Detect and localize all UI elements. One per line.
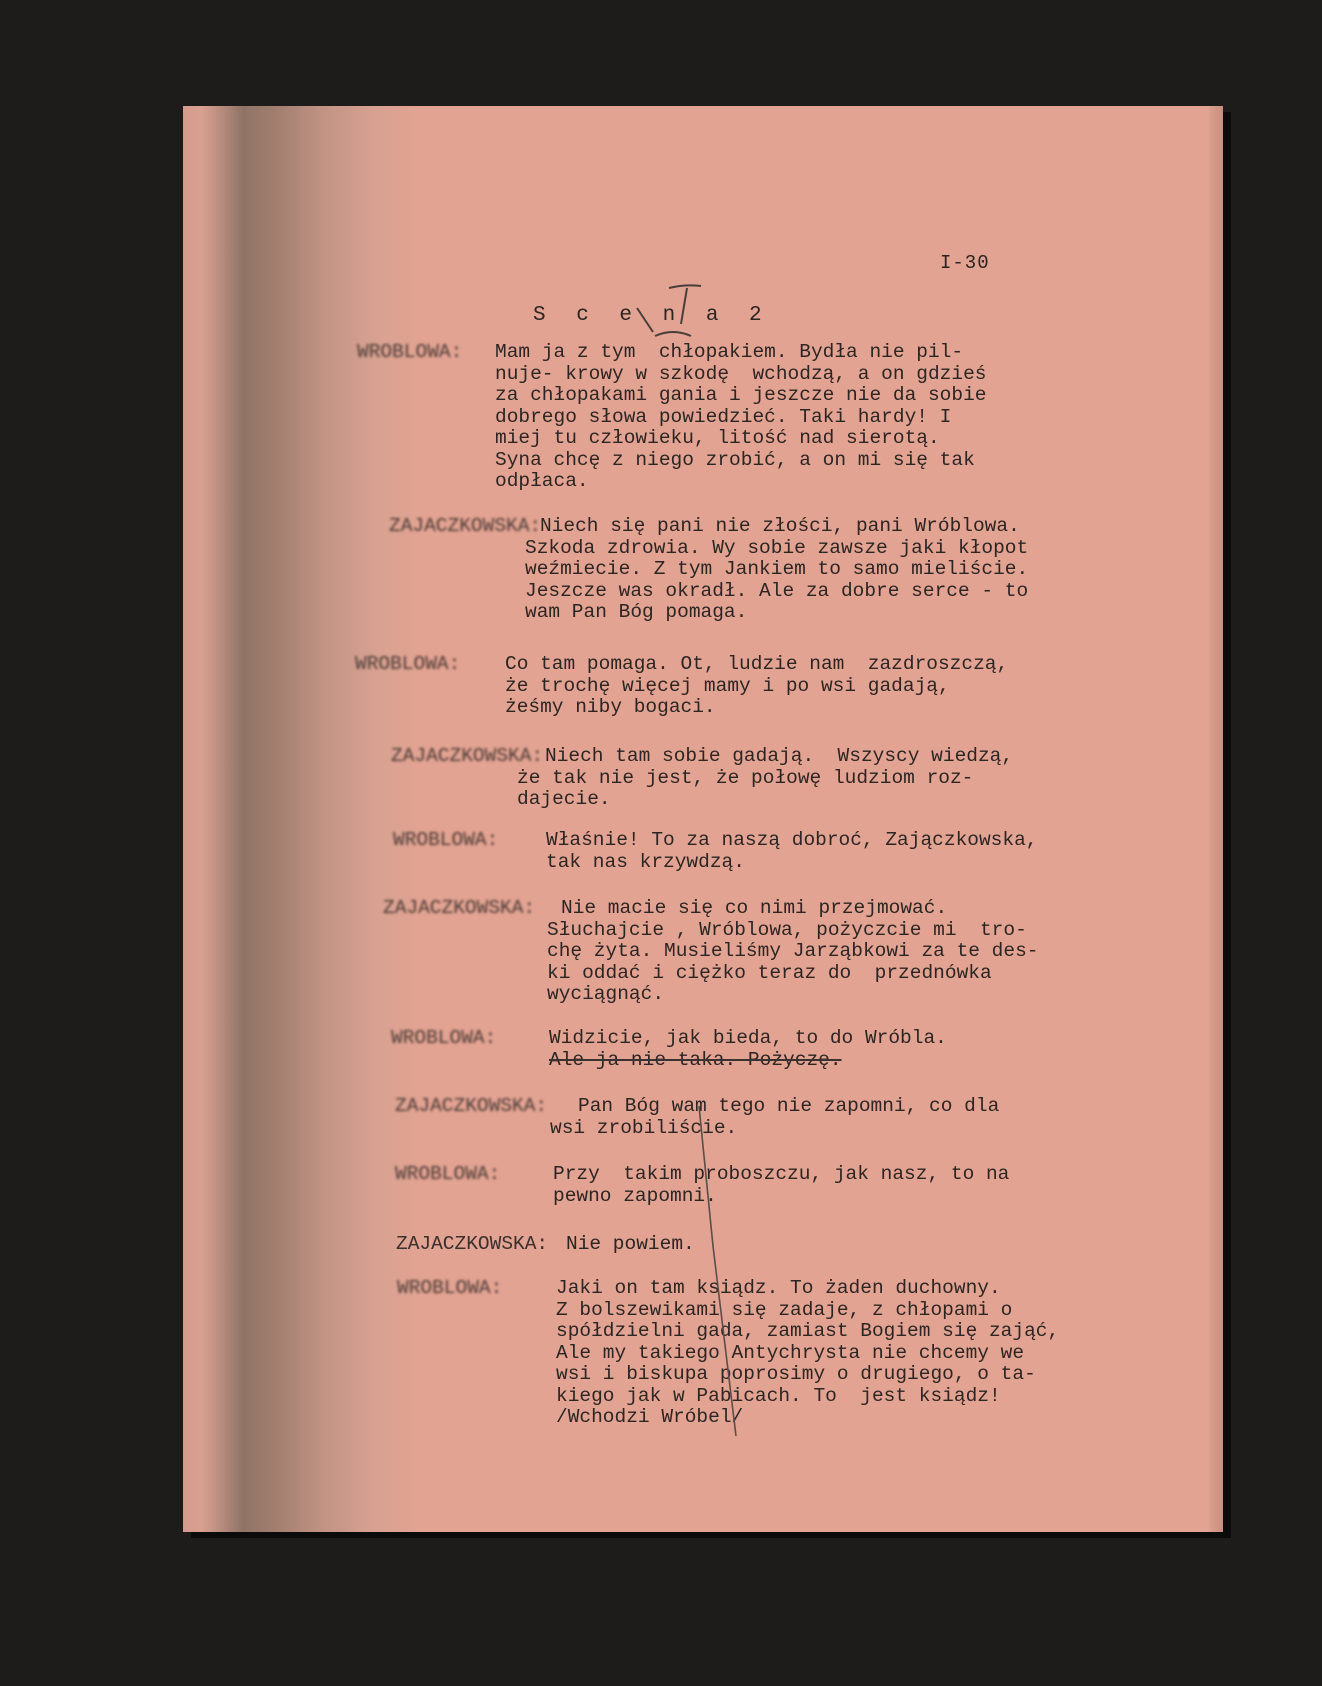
dialogue-line: wsi zrobiliście. — [550, 1118, 999, 1140]
dialogue-line: Nie macie się co nimi przejmować. — [561, 898, 1038, 920]
dialogue-line: wsi i biskupa poprosimy o drugiego, o ta… — [556, 1364, 1059, 1386]
dialogue-lines: Właśnie! To za naszą dobroć, Zajączkowsk… — [546, 830, 1037, 873]
page-number: I-30 — [940, 252, 990, 274]
dialogue-lines: Pan Bóg wam tego nie zapomni, co dla wsi… — [578, 1096, 999, 1139]
speaker-name: ZAJACZKOWSKA: — [396, 1234, 548, 1256]
dialogue-line: Niech się pani nie złości, pani Wróblowa… — [540, 516, 1028, 538]
speaker-name: WROBLOWA: — [391, 1028, 496, 1050]
dialogue-line: ki oddać i ciężko teraz do przednówka — [547, 963, 1038, 985]
dialogue-line: że trochę więcej mamy i po wsi gadają, — [505, 676, 1008, 698]
dialogue-line: chę żyta. Musieliśmy Jarząbkowi za te de… — [547, 941, 1038, 963]
dialogue-line: Właśnie! To za naszą dobroć, Zajączkowsk… — [546, 830, 1037, 852]
dialogue-line: odpłaca. — [495, 471, 986, 493]
dialogue-line: Jeszcze was okradł. Ale za dobre serce -… — [525, 581, 1028, 603]
dialogue-line: Widzicie, jak bieda, to do Wróbla. — [549, 1028, 947, 1050]
dialogue-line: nuje- krowy w szkodę wchodzą, a on gdzie… — [495, 364, 986, 386]
stage-direction: /Wchodzi Wróbel/ — [556, 1407, 1059, 1429]
dialogue-line: kiego jak w Pabicach. To jest ksiądz! — [556, 1386, 1059, 1408]
dialogue-line: Z bolszewikami się zadaje, z chłopami o — [556, 1300, 1059, 1322]
dialogue-line: Ale my takiego Antychrysta nie chcemy we — [556, 1343, 1059, 1365]
dialogue-line: Jaki on tam ksiądz. To żaden duchowny. — [556, 1278, 1059, 1300]
dialogue-line: że tak nie jest, że połowę ludziom roz- — [517, 768, 1013, 790]
dialogue-line: Mam ja z tym chłopakiem. Bydła nie pil- — [495, 342, 986, 364]
dialogue-line: żeśmy niby bogaci. — [505, 697, 1008, 719]
dialogue-lines: Jaki on tam ksiądz. To żaden duchowny. Z… — [556, 1278, 1059, 1429]
dialogue-line: spółdzielni gada, zamiast Bogiem się zaj… — [556, 1321, 1059, 1343]
speaker-name: WROBLOWA: — [355, 654, 460, 676]
dialogue-lines: Nie powiem. — [566, 1234, 695, 1256]
dialogue-line: Słuchajcie , Wróblowa, pożyczcie mi tro- — [547, 920, 1038, 942]
dialogue-line: Niech tam sobie gadają. Wszyscy wiedzą, — [545, 746, 1013, 768]
binding-gutter-shadow — [183, 106, 423, 1532]
dialogue-line: dobrego słowa powiedzieć. Taki hardy! I — [495, 407, 986, 429]
speaker-name: WROBLOWA: — [395, 1164, 500, 1186]
dialogue-line: tak nas krzywdzą. — [546, 852, 1037, 874]
dialogue-line: Nie powiem. — [566, 1234, 695, 1256]
script-page: I-30 S c e n a 2 WROBLOWA: Mam ja z tym … — [183, 106, 1223, 1532]
dialogue-line: wam Pan Bóg pomaga. — [525, 602, 1028, 624]
dialogue-line: Co tam pomaga. Ot, ludzie nam zazdroszcz… — [505, 654, 1008, 676]
dialogue-line: za chłopakami gania i jeszcze nie da sob… — [495, 385, 986, 407]
dialogue-line: Pan Bóg wam tego nie zapomni, co dla — [578, 1096, 999, 1118]
dialogue-line: miej tu człowieku, litość nad sierotą. — [495, 428, 986, 450]
dialogue-line: pewno zapomni. — [553, 1186, 1009, 1208]
dialogue-line: wyciągnąć. — [547, 984, 1038, 1006]
dialogue-lines: Niech tam sobie gadają. Wszyscy wiedzą, … — [545, 746, 1013, 811]
dialogue-line: dajecie. — [517, 789, 1013, 811]
dialogue-lines: Niech się pani nie złości, pani Wróblowa… — [540, 516, 1028, 624]
dialogue-line: Przy takim proboszczu, jak nasz, to na — [553, 1164, 1009, 1186]
page-edge — [1209, 106, 1223, 1532]
dialogue-lines: Przy takim proboszczu, jak nasz, to na p… — [553, 1164, 1009, 1207]
struck-dialogue-line: Ale ja nie taka. Pożyczę. — [549, 1050, 947, 1072]
dialogue-lines: Nie macie się co nimi przejmować. Słucha… — [561, 898, 1038, 1006]
speaker-name: ZAJACZKOWSKA: — [391, 746, 543, 768]
speaker-name: WROBLOWA: — [357, 342, 462, 364]
dialogue-line: weźmiecie. Z tym Jankiem to samo mieliśc… — [525, 559, 1028, 581]
dialogue-lines: Widzicie, jak bieda, to do Wróbla. Ale j… — [549, 1028, 947, 1071]
dialogue-line: Syna chcę z niego zrobić, a on mi się ta… — [495, 450, 986, 472]
dialogue-lines: Co tam pomaga. Ot, ludzie nam zazdroszcz… — [505, 654, 1008, 719]
speaker-name: WROBLOWA: — [393, 830, 498, 852]
dialogue-lines: Mam ja z tym chłopakiem. Bydła nie pil- … — [495, 342, 986, 493]
dialogue-line: Szkoda zdrowia. Wy sobie zawsze jaki kło… — [525, 538, 1028, 560]
speaker-name: ZAJACZKOWSKA: — [383, 898, 535, 920]
speaker-name: WROBLOWA: — [397, 1278, 502, 1300]
speaker-name: ZAJACZKOWSKA: — [389, 516, 541, 538]
speaker-name: ZAJACZKOWSKA: — [395, 1096, 547, 1118]
